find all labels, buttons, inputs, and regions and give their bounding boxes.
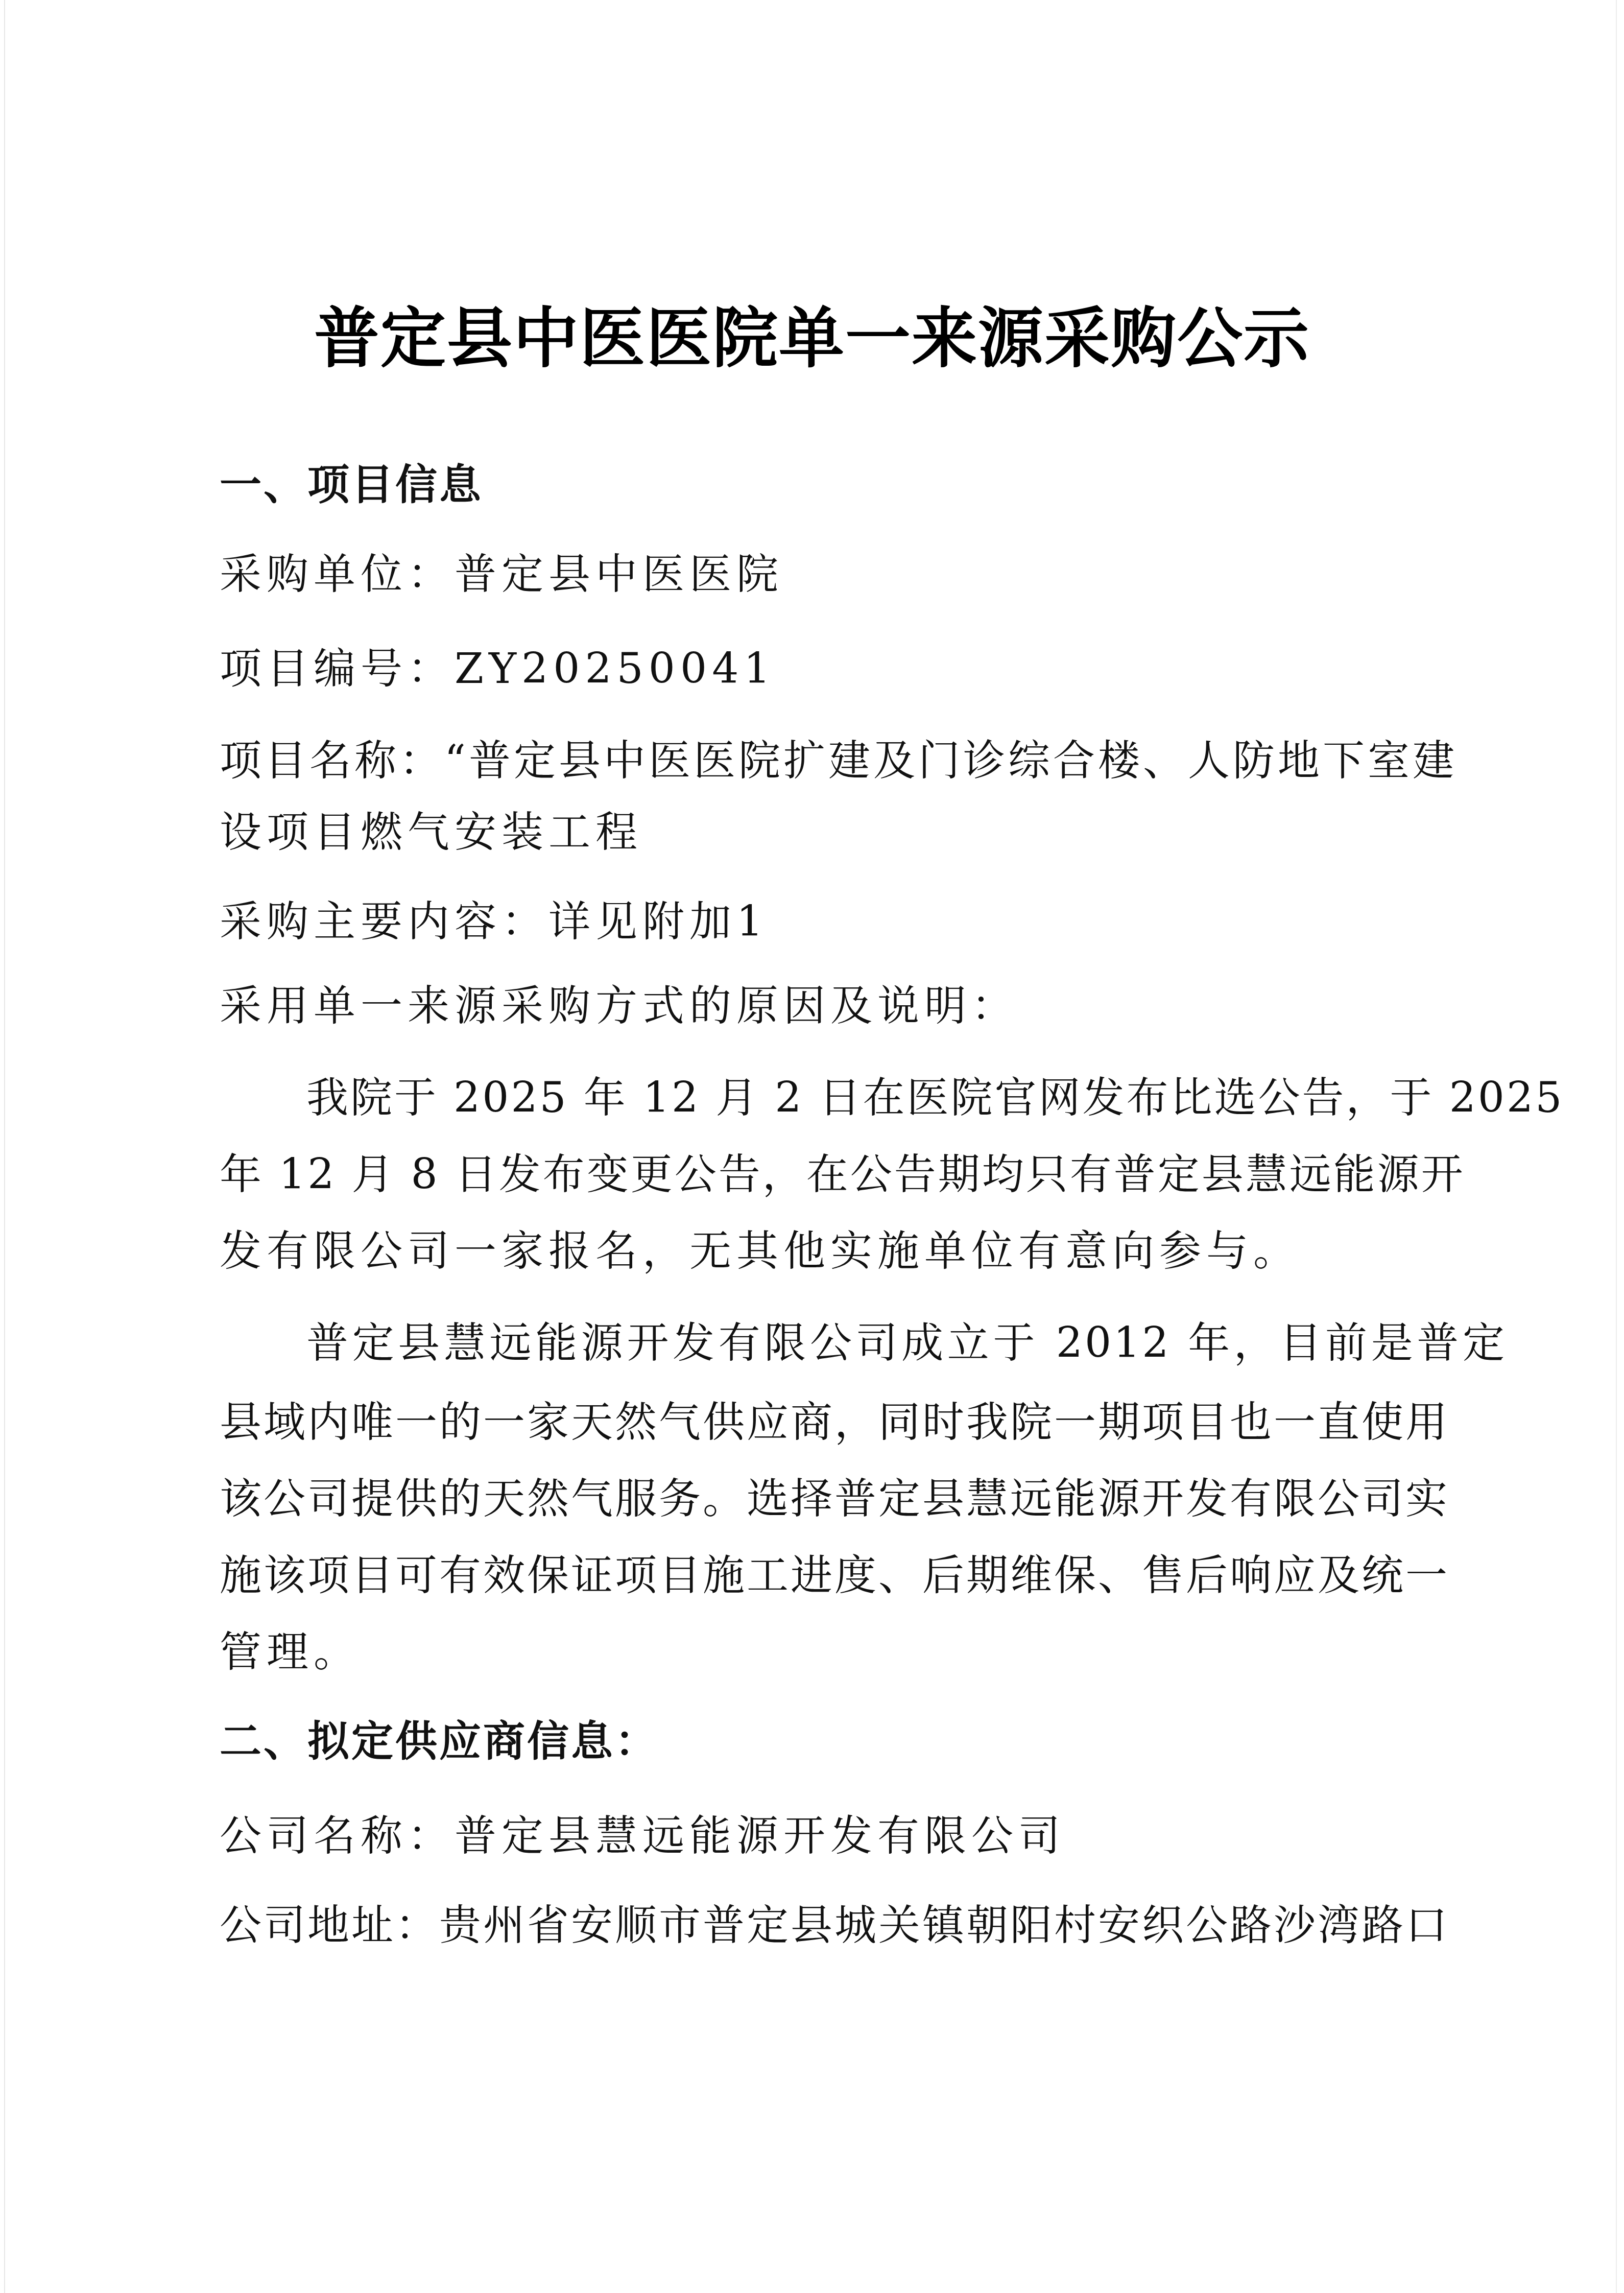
reason-label: 采用单一来源采购方式的原因及说明： xyxy=(220,981,1420,1032)
purchaser-line: 采购单位：普定县中医医院 xyxy=(220,549,1420,600)
document-title: 普定县中医医院单一来源采购公示 xyxy=(0,286,1624,380)
project-name-line-2: 设项目燃气安装工程 xyxy=(220,807,1420,858)
main-content-line: 采购主要内容：详见附加1 xyxy=(220,896,1420,948)
paragraph-1-line-2: 年 12 月 8 日发布变更公告，在公告期均只有普定县慧远能源开 xyxy=(220,1149,1420,1200)
company-address-line: 公司地址：贵州省安顺市普定县城关镇朝阳村安织公路沙湾路口 xyxy=(220,1900,1420,1951)
section-heading-project-info: 一、项目信息 xyxy=(220,460,1420,511)
paragraph-2-line-1: 普定县慧远能源开发有限公司成立于 2012 年，目前是普定 xyxy=(220,1318,1507,1369)
section-heading-supplier-info: 二、拟定供应商信息： xyxy=(220,1716,1420,1767)
project-number-line: 项目编号：ZY20250041 xyxy=(220,644,1420,695)
paragraph-2-line-2: 县域内唯一的一家天然气供应商，同时我院一期项目也一直使用 xyxy=(220,1397,1420,1448)
company-name-line: 公司名称：普定县慧远能源开发有限公司 xyxy=(220,1811,1420,1862)
project-name-line-1: 项目名称：“普定县中医医院扩建及门诊综合楼、人防地下室建 xyxy=(220,736,1420,787)
paragraph-1-line-3: 发有限公司一家报名，无其他实施单位有意向参与。 xyxy=(220,1226,1420,1277)
paragraph-2-line-3: 该公司提供的天然气服务。选择普定县慧远能源开发有限公司实 xyxy=(220,1474,1420,1525)
paragraph-2-line-4: 施该项目可有效保证项目施工进度、后期维保、售后响应及统一 xyxy=(220,1550,1420,1601)
paragraph-2-line-5: 管理。 xyxy=(220,1627,1420,1678)
document-page: 普定县中医医院单一来源采购公示 一、项目信息 采购单位：普定县中医医院 项目编号… xyxy=(0,0,1624,2293)
paragraph-1-line-1: 我院于 2025 年 12 月 2 日在医院官网发布比选公告，于 2025 xyxy=(220,1073,1507,1124)
